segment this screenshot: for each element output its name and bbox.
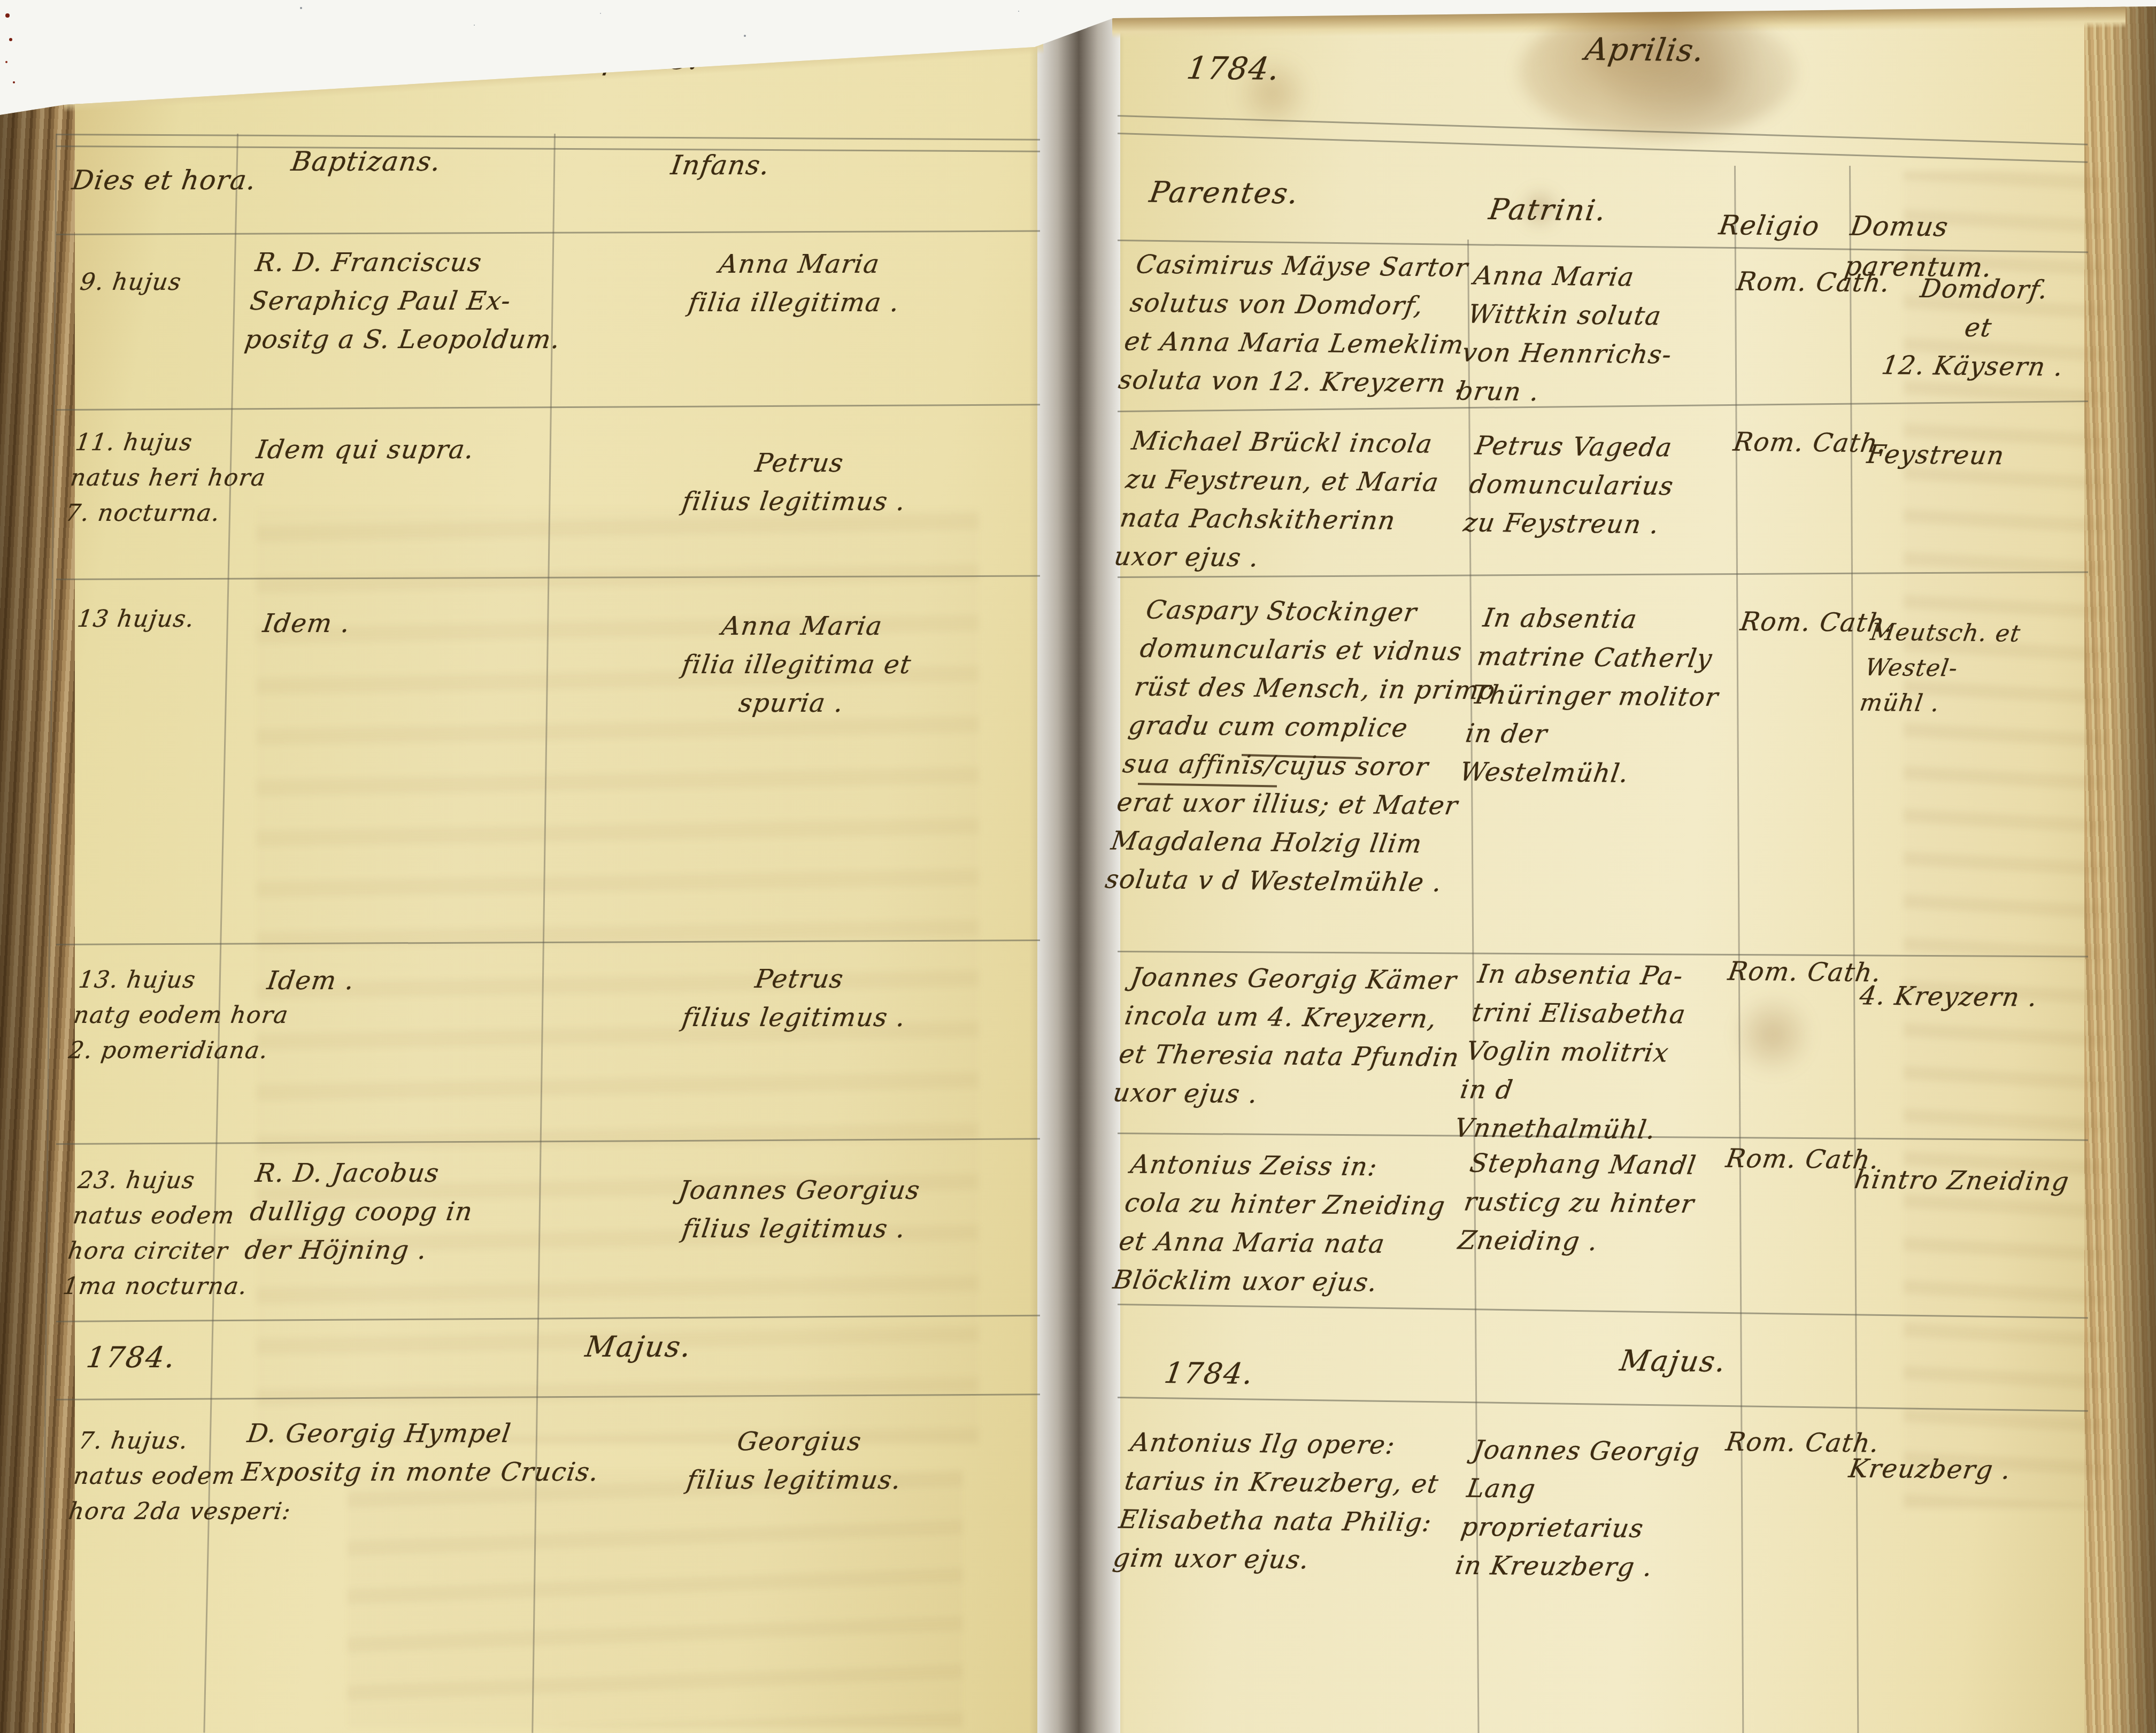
row3-infans-cell: Anna Maria filia illegitima et spuria .	[559, 607, 1035, 722]
book-fore-edge-left	[0, 0, 80, 1733]
row2-dies-cell: 11. hujus natus heri hora 7. nocturna.	[63, 425, 273, 531]
left-month-heading-aprilis: Aprilis.	[577, 35, 703, 82]
row4-parentes-cell: Joannes Georgig Kämer incola um 4. Kreyz…	[1111, 958, 1486, 1116]
right-page-year: 1784.	[1184, 45, 1283, 93]
row6-domus-cell: Kreuzberg .	[1846, 1449, 2014, 1489]
row5-infans-cell: Joannes Georgius filius legitimus .	[561, 1171, 1032, 1248]
row3-parentes-cell: Caspary Stockinger domuncularis et vidnu…	[1103, 590, 1512, 902]
left-section-year-1784: 1784.	[83, 1336, 179, 1379]
right-month-heading-aprilis: Aprilis.	[1582, 26, 1708, 74]
row2-patrini-cell: Petrus Vageda domuncularius zu Feystreun…	[1461, 426, 1735, 544]
column-header-patrini: Patrini.	[1486, 188, 1610, 232]
right-section-year-1784: 1784.	[1161, 1351, 1257, 1396]
row3-baptizans-cell: Idem .	[260, 604, 353, 643]
column-header-baptizans: Baptizans.	[289, 142, 444, 182]
row1-infans-cell: Anna Maria filia illegitima .	[561, 245, 1032, 322]
row6-parentes-cell: Antonius Ilg opere: tarius in Kreuzberg,…	[1111, 1423, 1486, 1581]
right-section-month-majus: Majus.	[1617, 1339, 1730, 1383]
row3-domus-cell: Meutsch. et Westel- mühl .	[1857, 615, 2108, 723]
row2-parentes-cell: Michael Brückl incola zu Feystreun, et M…	[1112, 422, 1487, 580]
open-register-book: 1784. 247. Aprilis. Dies et hora. Baptiz…	[0, 0, 2156, 1733]
column-header-dies-et-hora: Dies et hora.	[70, 160, 259, 201]
left-page-year: 1784.	[85, 53, 184, 100]
row6-patrini-cell: Joannes Georgig Lang proprietarius in Kr…	[1453, 1430, 1732, 1587]
register-scan: { "left_page": { "year": "1784.", "page_…	[0, 0, 2156, 1733]
row5-patrini-cell: Stephang Mandl rusticg zu hinter Zneidin…	[1456, 1144, 1729, 1262]
row4-domus-cell: 4. Kreyzern .	[1857, 976, 2040, 1016]
row2-baptizans-cell: Idem qui supra.	[254, 430, 602, 469]
row1-dies-cell: 9. hujus	[78, 265, 183, 300]
row4-religio-cell: Rom. Cath.	[1726, 952, 1884, 992]
column-header-infans: Infans.	[668, 145, 773, 186]
row5-domus-cell: hintro Zneiding	[1852, 1160, 2072, 1201]
left-page-number: 247.	[210, 47, 288, 94]
row2-domus-cell: Feystreun	[1865, 435, 2007, 475]
row1-baptizans-cell: R. D. Franciscus Seraphicg Paul Ex- posi…	[242, 243, 600, 359]
left-section-month-majus: Majus.	[582, 1325, 695, 1368]
row1-patrini-cell: Anna Maria Wittkin soluta von Hennrichs-…	[1454, 256, 1734, 413]
row6-infans-cell: Georgius filius legitimus.	[561, 1422, 1032, 1499]
row1-parentes-cell: Casimirus Mäyse Sartor solutus von Domdo…	[1116, 245, 1491, 403]
row3-patrini-cell: In absentia matrine Catherly Thüringer m…	[1457, 598, 1743, 794]
row4-baptizans-cell: Idem .	[265, 961, 357, 1000]
row5-baptizans-cell: R. D. Jacobus dulligg coopg in der Höjni…	[242, 1154, 600, 1269]
row2-infans-cell: Petrus filius legitimus .	[561, 444, 1032, 521]
row5-dies-cell: 23. hujus natus eodem hora circiter 1ma …	[60, 1163, 265, 1304]
row1-domus-cell: Domdorf. et 12. Käysern .	[1858, 269, 2099, 387]
row1-religio-cell: Rom. Cath.	[1734, 262, 1893, 302]
column-header-parentes: Parentes.	[1146, 171, 1302, 215]
column-header-religio: Religio	[1716, 205, 1822, 247]
row2-religio-cell: Rom. Cath.	[1731, 422, 1890, 463]
binding-red-specks	[0, 0, 4, 4]
row4-patrini-cell: In absentia Pa- trini Elisabetha Voglin …	[1452, 954, 1737, 1150]
row4-dies-cell: 13. hujus natg eodem hora 2. pomeridiana…	[66, 962, 296, 1068]
row5-parentes-cell: Antonius Zeiss in: cola zu hinter Zneidi…	[1111, 1145, 1486, 1303]
row3-dies-cell: 13 hujus.	[75, 602, 197, 637]
row4-infans-cell: Petrus filius legitimus .	[561, 960, 1032, 1037]
